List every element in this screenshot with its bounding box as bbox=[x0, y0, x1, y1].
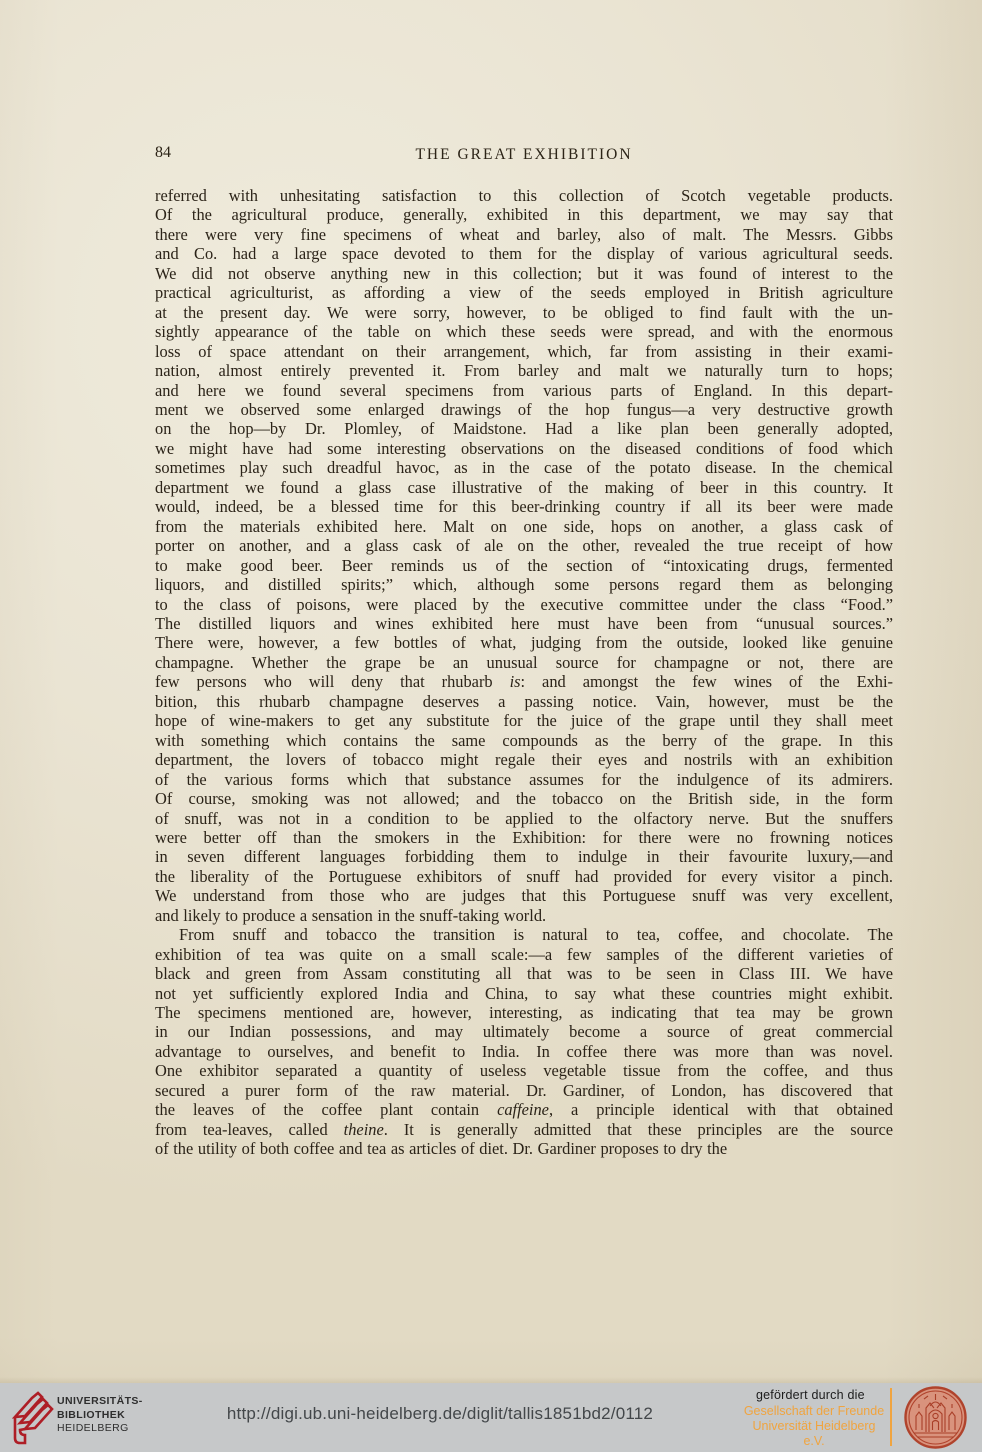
body-line: porter on another, and a glass cask of a… bbox=[155, 536, 893, 555]
body-line: the liberality of the Portuguese exhibit… bbox=[155, 867, 893, 886]
funder-name-line2: Universität Heidelberg e.V. bbox=[742, 1419, 886, 1449]
funding-note: gefördert durch die bbox=[756, 1388, 865, 1402]
body-line: the leaves of the coffee plant contain c… bbox=[155, 1100, 893, 1119]
library-name-line3: HEIDELBERG bbox=[57, 1422, 143, 1436]
body-line: there were very fine specimens of wheat … bbox=[155, 225, 893, 244]
body-line: We understand from those who are judges … bbox=[155, 886, 893, 905]
body-line: black and green from Assam constituting … bbox=[155, 964, 893, 983]
body-line: nation, almost entirely prevented it. Fr… bbox=[155, 361, 893, 380]
body-line: champagne. Whether the grape be an unusu… bbox=[155, 653, 893, 672]
body-line: advantage to ourselves, and benefit to I… bbox=[155, 1042, 893, 1061]
body-line: bition, this rhubarb champagne deserves … bbox=[155, 692, 893, 711]
body-line: would, indeed, be a blessed time for thi… bbox=[155, 497, 893, 516]
body-line: Of course, smoking was not allowed; and … bbox=[155, 789, 893, 808]
body-line: of the various forms which that substanc… bbox=[155, 770, 893, 789]
body-line: exhibition of tea was quite on a small s… bbox=[155, 945, 893, 964]
body-line: sightly appearance of the table on which… bbox=[155, 322, 893, 341]
body-line: hope of wine-makers to get any substitut… bbox=[155, 711, 893, 730]
funder-name: Gesellschaft der Freunde Universität Hei… bbox=[742, 1404, 886, 1449]
body-line: practical agriculturist, as affording a … bbox=[155, 283, 893, 302]
university-seal-icon bbox=[904, 1386, 967, 1449]
body-line: to the class of poisons, were placed by … bbox=[155, 595, 893, 614]
body-line: few persons who will deny that rhubarb i… bbox=[155, 672, 893, 691]
body-line: of snuff, was not in a condition to be a… bbox=[155, 809, 893, 828]
body-line: There were, however, a few bottles of wh… bbox=[155, 633, 893, 652]
body-line: and likely to produce a sensation in the… bbox=[155, 906, 893, 925]
body-line: One exhibitor separated a quantity of us… bbox=[155, 1061, 893, 1080]
body-line: sometimes play such dreadful havoc, as i… bbox=[155, 458, 893, 477]
body-line: and Co. had a large space devoted to the… bbox=[155, 244, 893, 263]
body-line: The distilled liquors and wines exhibite… bbox=[155, 614, 893, 633]
body-line: in our Indian possessions, and may ultim… bbox=[155, 1022, 893, 1041]
library-name-line1: UNIVERSITÄTS- bbox=[57, 1395, 143, 1409]
funder-name-line1: Gesellschaft der Freunde bbox=[742, 1404, 886, 1419]
footer-divider bbox=[890, 1388, 892, 1446]
footer-bar: UNIVERSITÄTS- BIBLIOTHEK HEIDELBERG http… bbox=[0, 1383, 982, 1452]
body-line: loss of space attendant on their arrange… bbox=[155, 342, 893, 361]
body-line: at the present day. We were sorry, howev… bbox=[155, 303, 893, 322]
body-line: referred with unhesitating satisfaction … bbox=[155, 186, 893, 205]
library-name-line2: BIBLIOTHEK bbox=[57, 1409, 143, 1423]
body-line: on the hop—by Dr. Plomley, of Maidstone.… bbox=[155, 419, 893, 438]
document-url: http://digi.ub.uni-heidelberg.de/diglit/… bbox=[190, 1404, 690, 1424]
body-line: from tea-leaves, called theine. It is ge… bbox=[155, 1120, 893, 1139]
body-line: liquors, and distilled spirits;” which, … bbox=[155, 575, 893, 594]
body-line: ment we observed some enlarged drawings … bbox=[155, 400, 893, 419]
body-line: we might have had some interesting obser… bbox=[155, 439, 893, 458]
body-line: The specimens mentioned are, however, in… bbox=[155, 1003, 893, 1022]
library-name: UNIVERSITÄTS- BIBLIOTHEK HEIDELBERG bbox=[57, 1395, 143, 1436]
body-line: We did not observe anything new in this … bbox=[155, 264, 893, 283]
body-line: department, the lovers of tobacco might … bbox=[155, 750, 893, 769]
body-line: secured a purer form of the raw material… bbox=[155, 1081, 893, 1100]
body-text: referred with unhesitating satisfaction … bbox=[155, 186, 893, 1159]
body-line: of the utility of both coffee and tea as… bbox=[155, 1139, 893, 1158]
body-line: department we found a glass case illustr… bbox=[155, 478, 893, 497]
running-header: THE GREAT EXHIBITION bbox=[155, 146, 893, 164]
body-line: to make good beer. Beer reminds us of th… bbox=[155, 556, 893, 575]
body-line: with something which contains the same c… bbox=[155, 731, 893, 750]
body-line: from the materials exhibited here. Malt … bbox=[155, 517, 893, 536]
body-line: Of the agricultural produce, generally, … bbox=[155, 205, 893, 224]
body-line: and here we found several specimens from… bbox=[155, 381, 893, 400]
body-line: From snuff and tobacco the transition is… bbox=[155, 925, 893, 944]
body-line: not yet sufficiently explored India and … bbox=[155, 984, 893, 1003]
body-line: in seven different languages forbidding … bbox=[155, 847, 893, 866]
university-library-logo-icon bbox=[12, 1390, 54, 1446]
body-line: were better off than the smokers in the … bbox=[155, 828, 893, 847]
